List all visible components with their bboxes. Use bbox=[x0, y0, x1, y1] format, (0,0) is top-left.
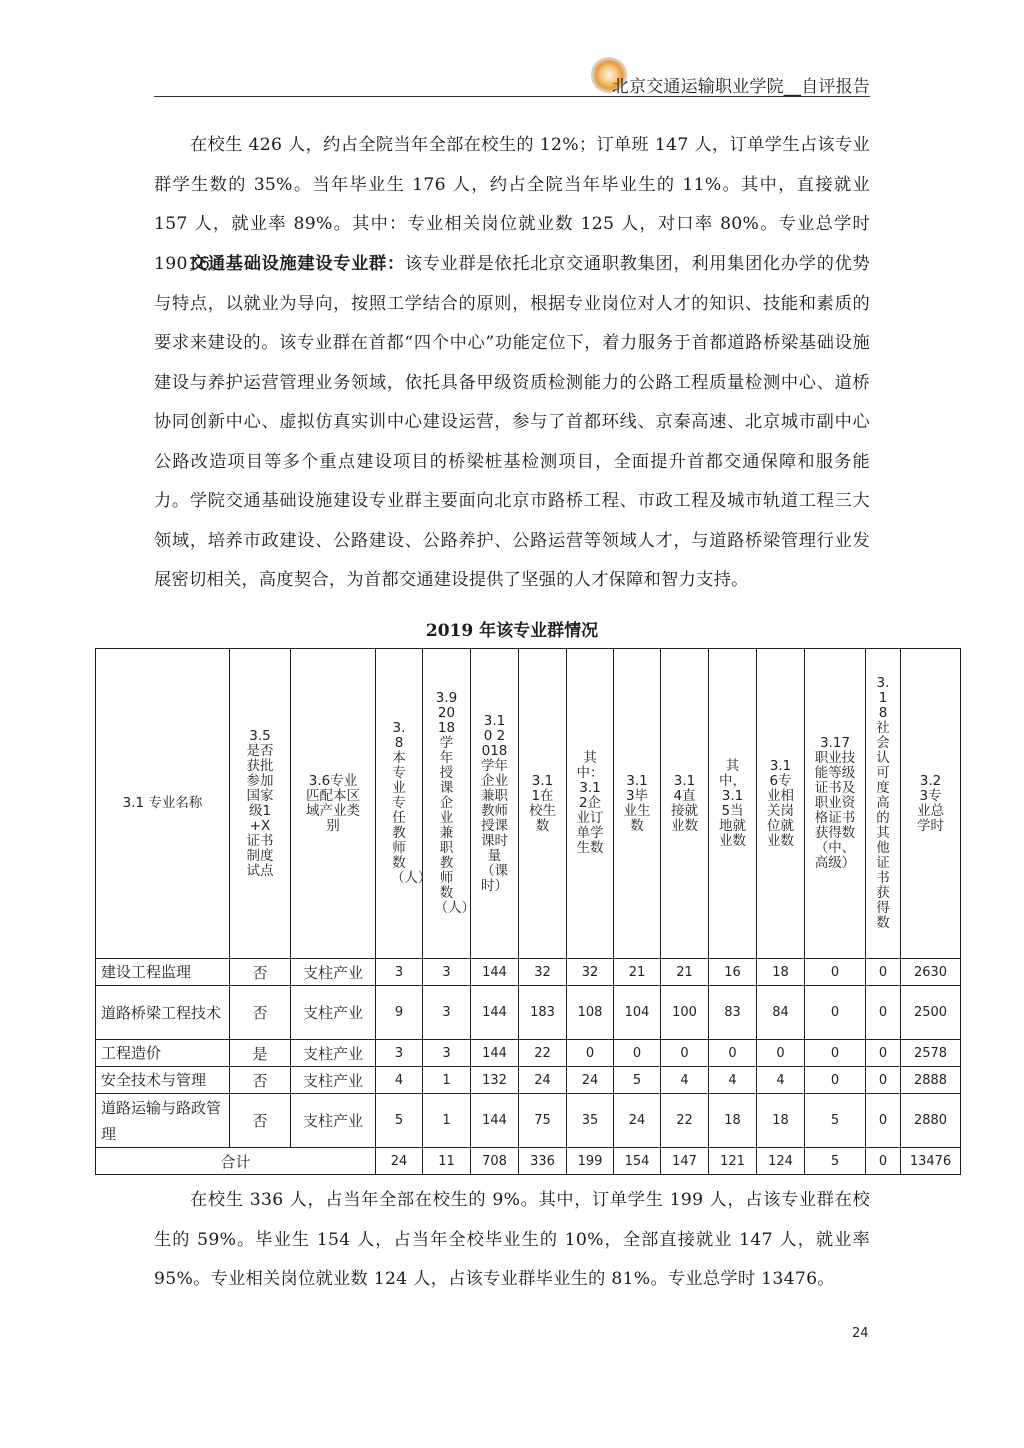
header-cell: 3.16专业相关岗位就业数 bbox=[757, 649, 805, 959]
cell: 183 bbox=[519, 986, 567, 1040]
cell: 0 bbox=[805, 959, 866, 986]
cell: 支柱产业 bbox=[291, 959, 376, 986]
header-cell: 3.10 2018学年企业兼职教师授课课时量（课时） bbox=[471, 649, 519, 959]
cell: 9 bbox=[376, 986, 423, 1040]
cell: 3 bbox=[423, 959, 471, 986]
cell: 4 bbox=[661, 1067, 709, 1094]
cell: 132 bbox=[471, 1067, 519, 1094]
cell: 0 bbox=[866, 986, 901, 1040]
header-cell: 3.11在校生数 bbox=[519, 649, 567, 959]
header-cell: 3.17职业技能等级证书及职业资格证书获得数（中、高级） bbox=[805, 649, 866, 959]
cell: 144 bbox=[471, 986, 519, 1040]
cell: 124 bbox=[757, 1148, 805, 1175]
cell: 18 bbox=[757, 959, 805, 986]
paragraph-2: 交通基础设施建设专业群：该专业群是依托北京交通职教集团，利用集团化办学的优势与特… bbox=[154, 245, 870, 601]
table-row: 安全技术与管理 否 支柱产业 4 1 132 24 24 5 4 4 4 0 0… bbox=[96, 1067, 961, 1094]
row-name: 道路桥梁工程技术 bbox=[96, 986, 230, 1040]
cell: 24 bbox=[614, 1094, 661, 1148]
cell: 16 bbox=[709, 959, 757, 986]
header-cell: 其中，3.15当地就业数 bbox=[709, 649, 757, 959]
header-cell: 其中：3.12企业订单学生数 bbox=[567, 649, 614, 959]
cell: 104 bbox=[614, 986, 661, 1040]
table-row: 工程造价 是 支柱产业 3 3 144 22 0 0 0 0 0 0 0 257… bbox=[96, 1040, 961, 1067]
cell: 32 bbox=[567, 959, 614, 986]
cell: 1 bbox=[423, 1094, 471, 1148]
cell: 4 bbox=[376, 1067, 423, 1094]
cell: 144 bbox=[471, 1094, 519, 1148]
cell: 3 bbox=[376, 959, 423, 986]
table-row: 建设工程监理 否 支柱产业 3 3 144 32 32 21 21 16 18 … bbox=[96, 959, 961, 986]
cell: 0 bbox=[866, 959, 901, 986]
cell: 22 bbox=[519, 1040, 567, 1067]
cell: 5 bbox=[805, 1148, 866, 1175]
row-name: 工程造价 bbox=[96, 1040, 230, 1067]
cell: 0 bbox=[757, 1040, 805, 1067]
total-label: 合计 bbox=[96, 1148, 376, 1175]
cell: 21 bbox=[614, 959, 661, 986]
row-name: 建设工程监理 bbox=[96, 959, 230, 986]
cell: 708 bbox=[471, 1148, 519, 1175]
header-title: 北京交通运输职业学院__自评报告 bbox=[612, 72, 870, 97]
cell: 3 bbox=[376, 1040, 423, 1067]
cell: 5 bbox=[376, 1094, 423, 1148]
paragraph-3: 在校生 336 人，占当年全部在校生的 9%。其中，订单学生 199 人，占该专… bbox=[154, 1181, 870, 1300]
cell: 2880 bbox=[901, 1094, 961, 1148]
cell: 144 bbox=[471, 1040, 519, 1067]
cell: 2888 bbox=[901, 1067, 961, 1094]
cell: 83 bbox=[709, 986, 757, 1040]
cell: 0 bbox=[805, 1067, 866, 1094]
cell: 3 bbox=[423, 1040, 471, 1067]
cell: 0 bbox=[866, 1040, 901, 1067]
cell: 3 bbox=[423, 986, 471, 1040]
cell: 100 bbox=[661, 986, 709, 1040]
cell: 否 bbox=[230, 1094, 291, 1148]
cell: 24 bbox=[376, 1148, 423, 1175]
table-title: 2019 年该专业群情况 bbox=[0, 616, 1024, 641]
cell: 4 bbox=[709, 1067, 757, 1094]
cell: 0 bbox=[866, 1148, 901, 1175]
cell: 18 bbox=[757, 1094, 805, 1148]
cell: 35 bbox=[567, 1094, 614, 1148]
cell: 2500 bbox=[901, 986, 961, 1040]
cell: 4 bbox=[757, 1067, 805, 1094]
section-heading: 交通基础设施建设专业群： bbox=[190, 254, 405, 274]
cell: 199 bbox=[567, 1148, 614, 1175]
cell: 84 bbox=[757, 986, 805, 1040]
cell: 121 bbox=[709, 1148, 757, 1175]
cell: 336 bbox=[519, 1148, 567, 1175]
row-name: 安全技术与管理 bbox=[96, 1067, 230, 1094]
header-cell: 3.14直接就业数 bbox=[661, 649, 709, 959]
cell: 13476 bbox=[901, 1148, 961, 1175]
header-cell: 3.8本专业专任教师数（人） bbox=[376, 649, 423, 959]
cell: 5 bbox=[805, 1094, 866, 1148]
cell: 22 bbox=[661, 1094, 709, 1148]
cell: 24 bbox=[519, 1067, 567, 1094]
cell: 0 bbox=[805, 1040, 866, 1067]
table-row: 道路运输与路政管理 否 支柱产业 5 1 144 75 35 24 22 18 … bbox=[96, 1094, 961, 1148]
cell: 108 bbox=[567, 986, 614, 1040]
page-header: 北京交通运输职业学院__自评报告 bbox=[154, 58, 870, 97]
page-number: 24 bbox=[852, 1326, 869, 1341]
cell: 否 bbox=[230, 1067, 291, 1094]
cell: 18 bbox=[709, 1094, 757, 1148]
cell: 2630 bbox=[901, 959, 961, 986]
table-total-row: 合计 24 11 708 336 199 154 147 121 124 5 0… bbox=[96, 1148, 961, 1175]
cell: 1 bbox=[423, 1067, 471, 1094]
cell: 0 bbox=[567, 1040, 614, 1067]
header-cell: 3.9 2018学年授课企业兼职教师数（人） bbox=[423, 649, 471, 959]
cell: 支柱产业 bbox=[291, 1040, 376, 1067]
cell: 是 bbox=[230, 1040, 291, 1067]
cell: 否 bbox=[230, 986, 291, 1040]
cell: 0 bbox=[805, 986, 866, 1040]
cell: 支柱产业 bbox=[291, 1094, 376, 1148]
cell: 0 bbox=[866, 1094, 901, 1148]
cell: 144 bbox=[471, 959, 519, 986]
table-header-row: 3.1 专业名称 3.5是否获批参加国家级1+X证书制度试点 3.6专业匹配本区… bbox=[96, 649, 961, 959]
header-cell: 3.6专业匹配本区域产业类别 bbox=[291, 649, 376, 959]
cell: 5 bbox=[614, 1067, 661, 1094]
cell: 24 bbox=[567, 1067, 614, 1094]
header-cell: 3.18社会认可度高的其他证书获得数 bbox=[866, 649, 901, 959]
cell: 0 bbox=[709, 1040, 757, 1067]
paragraph-2-body: 该专业群是依托北京交通职教集团，利用集团化办学的优势与特点，以就业为导向，按照工… bbox=[154, 254, 870, 590]
cell: 32 bbox=[519, 959, 567, 986]
cell: 154 bbox=[614, 1148, 661, 1175]
cell: 21 bbox=[661, 959, 709, 986]
cell: 147 bbox=[661, 1148, 709, 1175]
cell: 11 bbox=[423, 1148, 471, 1175]
header-cell: 3.1 专业名称 bbox=[96, 649, 230, 959]
cell: 0 bbox=[866, 1067, 901, 1094]
row-name: 道路运输与路政管理 bbox=[96, 1094, 230, 1148]
cell: 0 bbox=[614, 1040, 661, 1067]
cell: 支柱产业 bbox=[291, 986, 376, 1040]
cell: 2578 bbox=[901, 1040, 961, 1067]
cell: 支柱产业 bbox=[291, 1067, 376, 1094]
program-group-table: 3.1 专业名称 3.5是否获批参加国家级1+X证书制度试点 3.6专业匹配本区… bbox=[95, 648, 961, 1175]
header-cell: 3.5是否获批参加国家级1+X证书制度试点 bbox=[230, 649, 291, 959]
header-cell: 3.13毕业生数 bbox=[614, 649, 661, 959]
cell: 0 bbox=[661, 1040, 709, 1067]
cell: 否 bbox=[230, 959, 291, 986]
table-row: 道路桥梁工程技术 否 支柱产业 9 3 144 183 108 104 100 … bbox=[96, 986, 961, 1040]
header-cell: 3.23专业总学时 bbox=[901, 649, 961, 959]
cell: 75 bbox=[519, 1094, 567, 1148]
